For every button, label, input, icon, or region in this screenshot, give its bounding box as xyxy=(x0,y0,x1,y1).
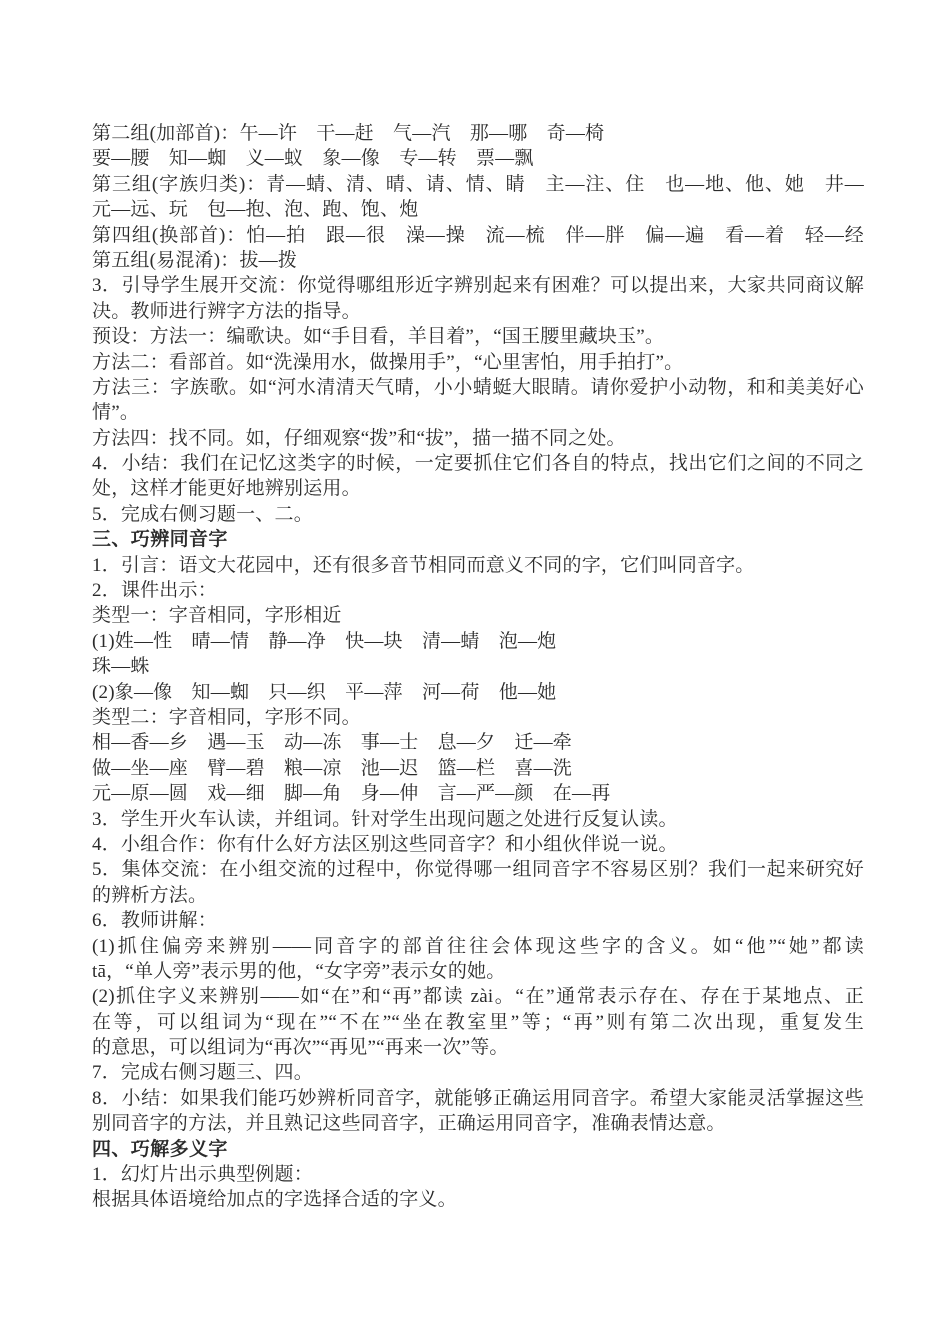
text-line: (1)抓住偏旁来辨别——同音字的部首往往会体现这些字的含义。如“他”“她”都读 xyxy=(92,934,864,959)
text-line: 3．学生开火车认读，并组词。针对学生出现问题之处进行反复认读。 xyxy=(92,807,864,832)
text-line: 决。教师进行辨字方法的指导。 xyxy=(92,299,864,324)
text-line: 类型二：字音相同，字形不同。 xyxy=(92,705,864,730)
text-line: 相—香—乡 遇—玉 动—冻 事—士 息—夕 迁—牵 xyxy=(92,730,864,755)
text-line: 预设：方法一：编歌诀。如“手目看，羊目着”，“国王腰里藏块玉”。 xyxy=(92,324,864,349)
text-line: 5．集体交流：在小组交流的过程中，你觉得哪一组同音字不容易区别？我们一起来研究好 xyxy=(92,857,864,882)
text-line: 元—原—圆 戏—细 脚—角 身—伸 言—严—颜 在—再 xyxy=(92,781,864,806)
text-line: 在等，可以组词为“现在”“不在”“坐在教室里”等；“再”则有第二次出现，重复发生 xyxy=(92,1010,864,1035)
section-heading: 四、巧解多义字 xyxy=(92,1137,864,1162)
text-line: (1)姓—性 晴—情 静—净 快—块 清—蜻 泡—炮 xyxy=(92,629,864,654)
text-line: 情”。 xyxy=(92,400,864,425)
text-line: 7．完成右侧习题三、四。 xyxy=(92,1060,864,1085)
text-line: 第五组(易混淆)：拔—拨 xyxy=(92,248,864,273)
text-line: 处，这样才能更好地辨别运用。 xyxy=(92,476,864,501)
text-line: 方法三：字族歌。如“河水清清天气晴，小小蜻蜓大眼睛。请你爱护小动物，和和美美好心 xyxy=(92,375,864,400)
document-page: 第二组(加部首)：午—许 干—赶 气—汽 那—哪 奇—椅要—腰 知—蜘 义—蚁 … xyxy=(0,0,950,1344)
text-line: 4．小结：我们在记忆这类字的时候，一定要抓住它们各自的特点，找出它们之间的不同之 xyxy=(92,451,864,476)
text-line: 2．课件出示： xyxy=(92,578,864,603)
text-line: 第四组(换部首)：怕—拍 跟—很 澡—操 流—梳 伴—胖 偏—遍 看—着 轻—经 xyxy=(92,223,864,248)
text-line: 5．完成右侧习题一、二。 xyxy=(92,502,864,527)
document-content: 第二组(加部首)：午—许 干—赶 气—汽 那—哪 奇—椅要—腰 知—蜘 义—蚁 … xyxy=(92,121,864,1213)
text-line: (2)抓住字义来辨别——如“在”和“再”都读 zài。“在”通常表示存在、存在于… xyxy=(92,984,864,1009)
text-line: 方法四：找不同。如，仔细观察“拨”和“拔”，描一描不同之处。 xyxy=(92,426,864,451)
text-line: 元—远、玩 包—抱、泡、跑、饱、炮 xyxy=(92,197,864,222)
text-line: 6．教师讲解： xyxy=(92,908,864,933)
text-line: 第三组(字族归类)：青—蜻、清、晴、请、情、睛 主—注、住 也—地、他、她 井—… xyxy=(92,172,864,197)
text-line: 1．幻灯片出示典型例题： xyxy=(92,1162,864,1187)
text-line: 4．小组合作：你有什么好方法区别这些同音字？和小组伙伴说一说。 xyxy=(92,832,864,857)
text-line: 根据具体语境给加点的字选择合适的字义。 xyxy=(92,1187,864,1212)
text-line: 做—坐—座 臂—碧 粮—凉 池—迟 篮—栏 喜—洗 xyxy=(92,756,864,781)
section-heading: 三、巧辨同音字 xyxy=(92,527,864,552)
text-line: 8．小结：如果我们能巧妙辨析同音字，就能够正确运用同音字。希望大家能灵活掌握这些… xyxy=(92,1086,864,1111)
text-line: 类型一：字音相同，字形相近 xyxy=(92,603,864,628)
text-line: 1．引言：语文大花园中，还有很多音节相同而意义不同的字，它们叫同音字。 xyxy=(92,553,864,578)
text-line: tā，“单人旁”表示男的他，“女字旁”表示女的她。 xyxy=(92,959,864,984)
text-line: 第二组(加部首)：午—许 干—赶 气—汽 那—哪 奇—椅 xyxy=(92,121,864,146)
text-line: 方法二：看部首。如“洗澡用水，做操用手”，“心里害怕，用手拍打”。 xyxy=(92,350,864,375)
text-line: 的意思，可以组词为“再次”“再见”“再来一次”等。 xyxy=(92,1035,864,1060)
text-line: 别同音字的方法，并且熟记这些同音字，正确运用同音字，准确表情达意。 xyxy=(92,1111,864,1136)
text-line: 3．引导学生展开交流：你觉得哪组形近字辨别起来有困难？可以提出来，大家共同商议解 xyxy=(92,273,864,298)
text-line: 的辨析方法。 xyxy=(92,883,864,908)
text-line: 要—腰 知—蜘 义—蚁 象—像 专—转 票—飘 xyxy=(92,146,864,171)
text-line: (2)象—像 知—蜘 只—织 平—萍 河—荷 他—她 xyxy=(92,680,864,705)
text-line: 珠—蛛 xyxy=(92,654,864,679)
